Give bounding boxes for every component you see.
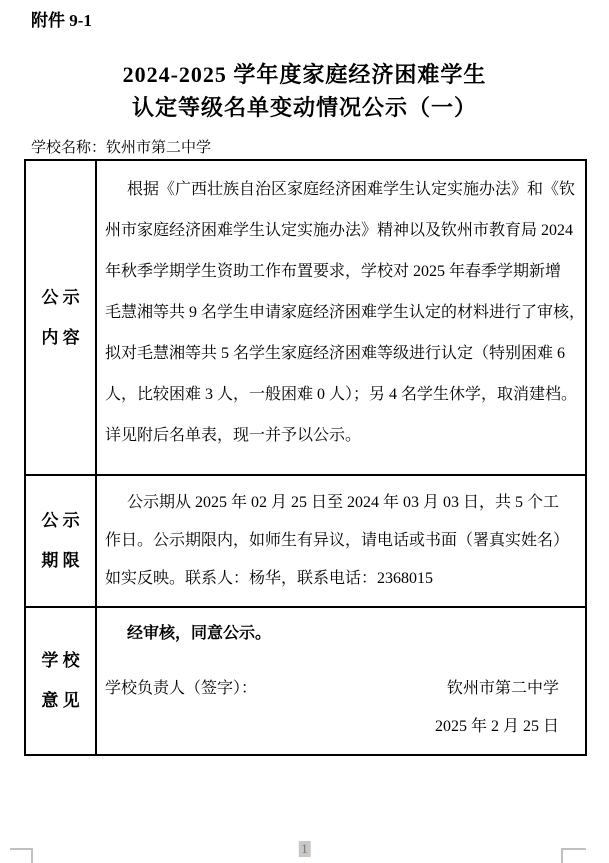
content-line: 如实反映。联系人：杨华，联系电话：2368015 [105,560,579,598]
content-line: 州市家庭经济困难学生认定实施办法》精神以及钦州市教育局 2024 [105,210,579,251]
title-line-1: 2024-2025 学年度家庭经济困难学生 [0,58,609,91]
content-line: 拟对毛慧湘等共 5 名学生家庭经济困难等级进行认定（特别困难 6 [105,333,579,374]
content-line: 根据《广西壮族自治区家庭经济困难学生认定实施办法》和《钦 [105,169,579,210]
content-line: 详见附后名单表，现一并予以公示。 [105,415,579,456]
row-label-line: 意 见 [26,681,95,721]
approval-line: 经审核，同意公示。 [105,622,579,646]
table-row-publicity-content: 公 示 内 容 根据《广西壮族自治区家庭经济困难学生认定实施办法》和《钦 州市家… [25,160,586,475]
document-title: 2024-2025 学年度家庭经济困难学生 认定等级名单变动情况公示（一） [0,58,609,124]
signature-label: 学校负责人（签字）： [105,678,257,700]
content-line: 公示期从 2025 年 02 月 25 日至 2024 年 03 月 03 日，… [105,484,579,522]
row-label-school-opinion: 学 校 意 见 [25,607,96,755]
publicity-content-cell: 根据《广西壮族自治区家庭经济困难学生认定实施办法》和《钦 州市家庭经济困难学生认… [96,160,586,475]
content-line: 人，比较困难 3 人，一般困难 0 人）；另 4 名学生休学，取消建档。 [105,374,579,415]
document-page: 附件 9-1 2024-2025 学年度家庭经济困难学生 认定等级名单变动情况公… [0,0,609,863]
content-line: 年秋季学期学生资助工作布置要求，学校对 2025 年春季学期新增 [105,251,579,292]
row-label-line: 期 限 [26,541,95,581]
table-row-school-opinion: 学 校 意 见 经审核，同意公示。 学校负责人（签字）： 钦州市第二中学 202… [25,607,586,755]
row-label-line: 内 容 [26,318,95,358]
announcement-table: 公 示 内 容 根据《广西壮族自治区家庭经济困难学生认定实施办法》和《钦 州市家… [24,159,587,756]
content-line: 毛慧湘等共 9 名学生申请家庭经济困难学生认定的材料进行了审核， [105,292,579,333]
row-label-publicity-period: 公 示 期 限 [25,475,96,607]
title-line-2: 认定等级名单变动情况公示（一） [0,91,609,124]
row-label-publicity-content: 公 示 内 容 [25,160,96,475]
row-label-line: 公 示 [26,501,95,541]
school-name-line: 学校名称：钦州市第二中学 [31,136,211,157]
bottom-right-corner-mark [561,848,586,863]
row-label-line: 学 校 [26,641,95,681]
bottom-left-corner-mark [10,848,33,863]
page-number-badge: 1 [298,841,311,857]
table-row-publicity-period: 公 示 期 限 公示期从 2025 年 02 月 25 日至 2024 年 03… [25,475,586,607]
content-line: 作日。公示期限内，如师生有异议，请电话或书面（署真实姓名） [105,522,579,560]
school-opinion-cell: 经审核，同意公示。 学校负责人（签字）： 钦州市第二中学 2025 年 2 月 … [96,607,586,755]
publicity-period-cell: 公示期从 2025 年 02 月 25 日至 2024 年 03 月 03 日，… [96,475,586,607]
signature-row: 学校负责人（签字）： 钦州市第二中学 [105,678,579,700]
school-signature-name: 钦州市第二中学 [447,678,559,700]
row-label-line: 公 示 [26,278,95,318]
attachment-label: 附件 9-1 [31,6,92,31]
signature-date: 2025 年 2 月 25 日 [105,716,579,738]
